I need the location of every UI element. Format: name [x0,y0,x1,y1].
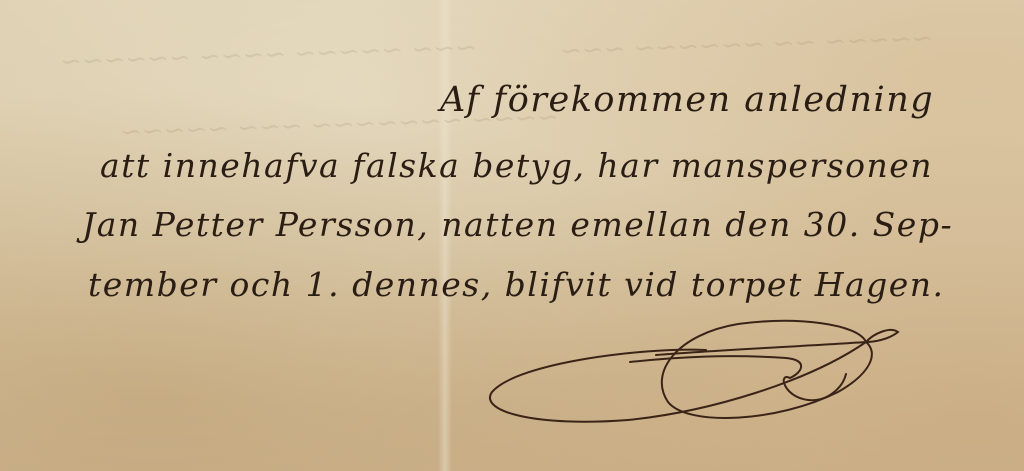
letter-line-1: Af förekommen anledning [440,80,934,120]
letter-line-3: Jan Petter Persson, natten emellan den 3… [82,205,953,244]
letter-line-4: tember och 1. dennes, blifvit vid torpet… [88,265,945,304]
signature-flourish [478,312,918,432]
letter-line-2: att innehafva falska betyg, har manspers… [100,146,933,185]
